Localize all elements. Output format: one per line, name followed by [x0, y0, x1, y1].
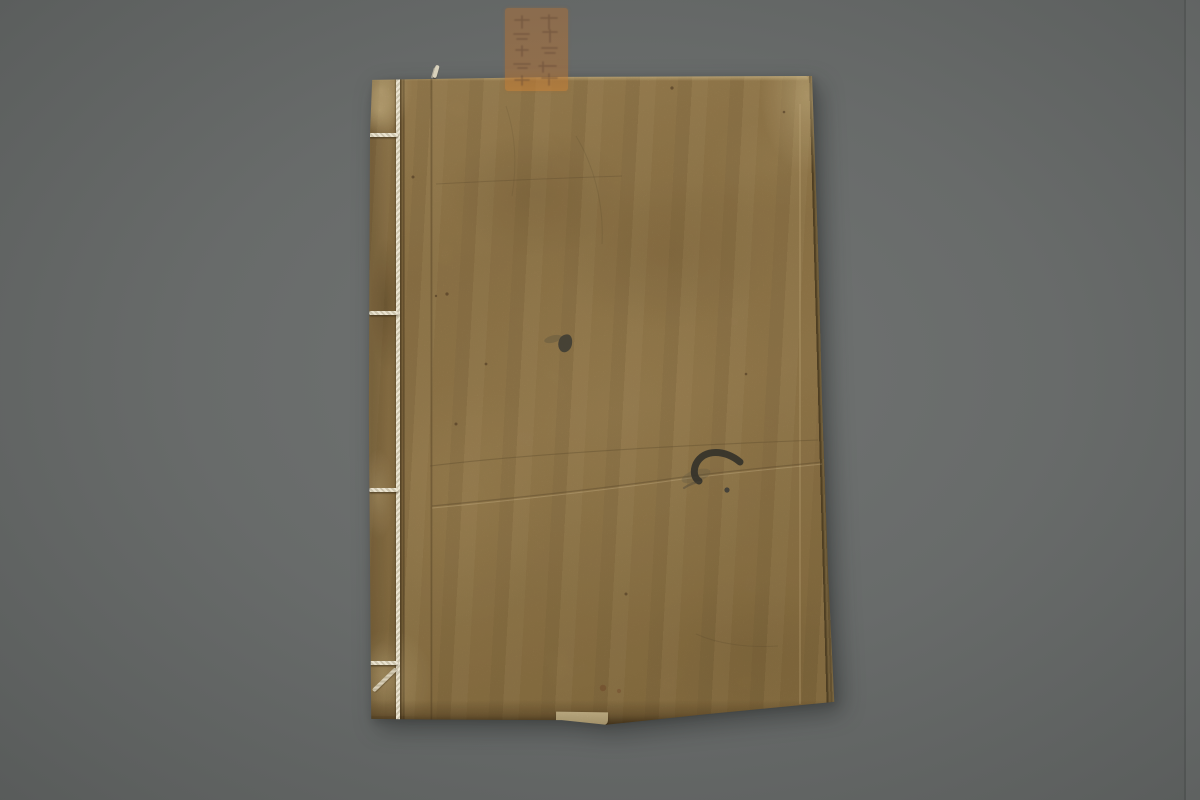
photo-backdrop: { "scene": { "alt": "Photograph of an an…: [0, 0, 1200, 800]
binding-stitch-4: [369, 661, 398, 665]
ink-stain-small: [543, 333, 572, 352]
cover-markings: [366, 74, 840, 726]
binding-stitch-1: [369, 133, 398, 137]
photograph: [0, 0, 1200, 800]
crease-lines: [430, 106, 822, 647]
book: [366, 74, 840, 726]
binding-thread-vertical: [396, 77, 400, 721]
collection-label: [505, 8, 568, 91]
label-characters: [505, 8, 568, 91]
backdrop-seam-light-band: [1186, 0, 1200, 800]
binding-stitch-2: [369, 311, 398, 315]
book-cover: [366, 74, 840, 726]
foxing-specks: [412, 86, 786, 693]
ink-stain-large: [680, 453, 740, 493]
binding-stitch-3: [369, 488, 398, 492]
